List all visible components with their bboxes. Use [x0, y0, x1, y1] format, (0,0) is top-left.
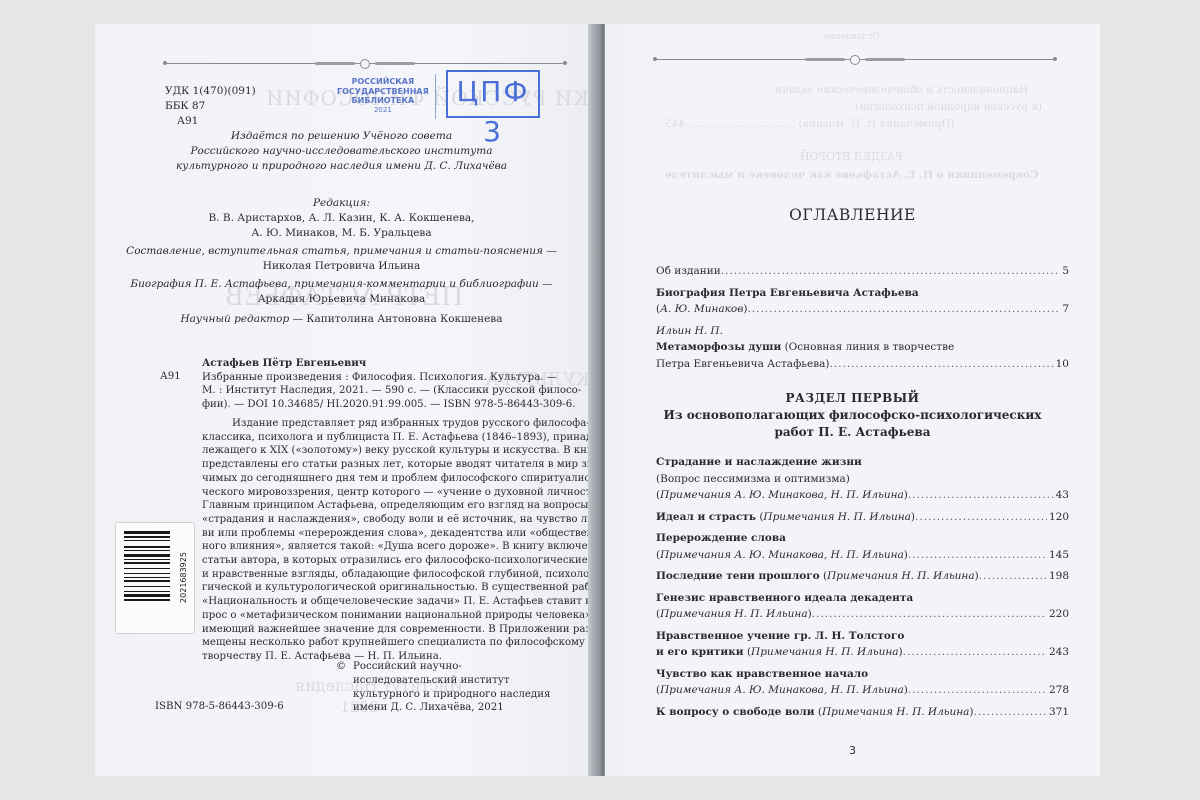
abstract-line: классика, психолога и публициста П. Е. А… — [202, 431, 572, 445]
toc-page-number: 5 — [1060, 263, 1069, 280]
contents-title: ОГЛАВЛЕНИЕ — [605, 206, 1100, 224]
toc-entry-title: Генезис нравственного идеала декадента — [656, 592, 913, 604]
copyright-symbol: © — [336, 660, 346, 674]
editorial-credits: Редакция: В. В. Аристархов, А. Л. Казин,… — [95, 196, 588, 327]
side-author-mark: А91 — [160, 371, 181, 382]
dot-leader — [747, 301, 1060, 318]
toc-section-1-entries: Страдание и наслаждение жизни(Вопрос пес… — [656, 454, 1069, 725]
toc-page-number: 7 — [1060, 301, 1069, 318]
toc-entry-title: (Примечания А. Ю. Минакова, Н. П. Ильина… — [656, 547, 908, 564]
toc-top-entries: Об издании5Биография Петра Евгеньевича А… — [656, 263, 1069, 377]
barcode-bars — [124, 531, 170, 623]
toc-entry-title: (Примечания А. Ю. Минакова, Н. П. Ильина… — [656, 487, 908, 504]
toc-page-number: 145 — [1047, 547, 1069, 564]
abstract-line: Издание представляет ряд избранных трудо… — [202, 417, 572, 431]
abstract-line: прос о «метафизическом понимании национа… — [202, 609, 572, 623]
toc-entry[interactable]: Идеал и страсть (Примечания Н. П. Ильина… — [656, 509, 1069, 526]
toc-entry[interactable]: Генезис нравственного идеала декадента(П… — [656, 590, 1069, 623]
dot-leader — [974, 704, 1047, 721]
toc-entry-title: Нравственное учение гр. Л. Н. Толстого — [656, 630, 904, 642]
abstract-line: ви или проблемы «перерождения слова», де… — [202, 527, 572, 541]
toc-page-number: 278 — [1047, 682, 1069, 699]
toc-page-number: 243 — [1047, 644, 1069, 661]
toc-entry-title: (Примечания Н. П. Ильина) — [656, 606, 812, 623]
biography-label: Биография П. Е. Астафьева, примечания-ко… — [95, 277, 588, 292]
udk-code: УДК 1(470)(091) — [165, 84, 256, 99]
toc-entry[interactable]: Перерождение слова(Примечания А. Ю. Мина… — [656, 530, 1069, 563]
bleed-through-running-head: Оглавление — [823, 32, 880, 42]
copyright-block: © Российский научно- исследовательский и… — [353, 660, 550, 715]
toc-entry-title: К вопросу о свободе воли (Примечания Н. … — [656, 704, 974, 721]
record-author: Астафьев Пётр Евгеньевич — [202, 357, 572, 371]
editorial-names-2: А. Ю. Минаков, М. Б. Уральцева — [95, 226, 588, 241]
toc-entry[interactable]: Последние тени прошлого (Примечания Н. П… — [656, 568, 1069, 585]
isbn: ISBN 978-5-86443-309-6 — [155, 701, 284, 712]
toc-entry-title: Метаморфозы души (Основная линия в творч… — [656, 341, 954, 353]
bleed-through-entry-2: (к русской народной психологии) — [855, 101, 1042, 113]
abstract-line: «Национальность и общечеловеческие задач… — [202, 595, 572, 609]
header-ornament — [165, 60, 565, 68]
toc-entry[interactable]: К вопросу о свободе воли (Примечания Н. … — [656, 704, 1069, 721]
biography-name: Аркадия Юрьевича Минакова — [95, 292, 588, 307]
toc-entry[interactable]: Ильин Н. П.Метаморфозы души (Основная ли… — [656, 323, 1069, 373]
classification-codes: УДК 1(470)(091) ББК 87 А91 — [165, 84, 256, 129]
abstract-line: и нравственные взгляды, обладающие филос… — [202, 568, 572, 582]
dot-leader — [908, 682, 1047, 699]
editorial-label: Редакция: — [95, 196, 588, 211]
right-page-contents: Оглавление Национальность и общечеловече… — [605, 24, 1100, 776]
toc-entry-title: Идеал и страсть (Примечания Н. П. Ильина… — [656, 509, 915, 526]
dot-leader — [721, 263, 1061, 280]
left-page-imprint: КЛАССИКИ РУССКОЙ ФИЛОСОФИИ ПЁТР АСТАФЬЕВ… — [95, 24, 588, 776]
abstract-line: мещены несколько работ крупнейшего специ… — [202, 636, 572, 650]
dot-leader — [915, 509, 1047, 526]
toc-entry-title: Ильин Н. П. — [656, 325, 723, 337]
toc-page-number: 220 — [1047, 606, 1069, 623]
toc-entry[interactable]: Страдание и наслаждение жизни(Вопрос пес… — [656, 454, 1069, 504]
section-1-subtitle-2: работ П. Е. Астафьева — [605, 424, 1100, 441]
stamp-divider — [435, 74, 436, 119]
toc-entry-title: Перерождение слова — [656, 532, 786, 544]
bibliographic-record: Астафьев Пётр Евгеньевич Избранные произ… — [202, 357, 572, 412]
compilation-label: Составление, вступительная статья, приме… — [95, 244, 588, 259]
page-number: 3 — [605, 744, 1100, 757]
abstract-text: Издание представляет ряд избранных трудо… — [202, 417, 572, 664]
dot-leader — [908, 547, 1047, 564]
abstract-line: чимых до сегодняшнего дня тем и проблем … — [202, 472, 572, 486]
book-spread: КЛАССИКИ РУССКОЙ ФИЛОСОФИИ ПЁТР АСТАФЬЕВ… — [95, 24, 1100, 776]
dot-leader — [903, 644, 1047, 661]
toc-entry-title: и его критики (Примечания Н. П. Ильина) — [656, 644, 903, 661]
toc-entry-title: Биография Петра Евгеньевича Астафьева — [656, 287, 919, 299]
toc-entry[interactable]: Нравственное учение гр. Л. Н. Толстогои … — [656, 628, 1069, 661]
header-ornament — [655, 56, 1055, 64]
section-1-heading: РАЗДЕЛ ПЕРВЫЙ Из основополагающих филосо… — [605, 390, 1100, 441]
toc-entry-title: Петра Евгеньевича Астафьева) — [656, 356, 830, 373]
toc-entry-title: (А. Ю. Минаков) — [656, 301, 747, 318]
toc-page-number: 198 — [1047, 568, 1069, 585]
toc-entry-title: Об издании — [656, 263, 721, 280]
dot-leader — [979, 568, 1047, 585]
book-gutter — [588, 24, 605, 776]
abstract-line: гической и культурологической оригинальн… — [202, 581, 572, 595]
toc-entry-title: (Вопрос пессимизма и оптимизма) — [656, 473, 850, 485]
bleed-through-section-2: РАЗДЕЛ ВТОРОЙ — [800, 150, 903, 163]
toc-page-number: 43 — [1054, 487, 1069, 504]
section-1-title: РАЗДЕЛ ПЕРВЫЙ — [605, 390, 1100, 407]
toc-entry-title: Чувство как нравственное начало — [656, 668, 868, 680]
abstract-line: «страдания и наслаждения», свободу воли … — [202, 513, 572, 527]
barcode-number: 2021683925 — [179, 552, 188, 603]
abstract-line: лежащего к XIX («золотому») веку русской… — [202, 444, 572, 458]
dot-leader — [908, 487, 1054, 504]
toc-page-number: 371 — [1047, 704, 1069, 721]
toc-entry[interactable]: Биография Петра Евгеньевича Астафьева(А.… — [656, 285, 1069, 318]
dot-leader — [812, 606, 1047, 623]
toc-entry-title: Страдание и наслаждение жизни — [656, 456, 862, 468]
library-stamp: РОССИЙСКАЯ ГОСУДАРСТВЕННАЯ БИБЛИОТЕКА 20… — [337, 77, 429, 115]
dot-leader — [830, 356, 1054, 373]
abstract-line: статьи автора, в которых отразились его … — [202, 554, 572, 568]
bleed-through-section-2-sub: Современники о П. Е. Астафьеве как челов… — [665, 169, 1038, 181]
toc-page-number: 10 — [1054, 356, 1069, 373]
publication-note: Издаётся по решению Учёного совета Росси… — [95, 129, 588, 174]
compilation-name: Николая Петровича Ильина — [95, 259, 588, 274]
scientific-editor: Научный редактор — Капитолина Антоновна … — [95, 312, 588, 327]
section-1-subtitle-1: Из основополагающих философско-психологи… — [605, 407, 1100, 424]
toc-entry-title: (Примечания А. Ю. Минакова, Н. П. Ильина… — [656, 682, 908, 699]
abstract-line: имеющий важнейшее значение для современн… — [202, 623, 572, 637]
abstract-line: ческого мировоззрения, центр которого — … — [202, 486, 572, 500]
abstract-line: Главным принципом Астафьева, определяющи… — [202, 499, 572, 513]
cpf-stamp: ЦПФ 3 — [446, 70, 540, 118]
abstract-line: ного влияния», является такой: «Душа все… — [202, 540, 572, 554]
editorial-names-1: В. В. Аристархов, А. Л. Казин, К. А. Кок… — [95, 211, 588, 226]
toc-entry-title: Последние тени прошлого (Примечания Н. П… — [656, 568, 979, 585]
toc-entry[interactable]: Чувство как нравственное начало(Примечан… — [656, 666, 1069, 699]
toc-entry[interactable]: Об издании5 — [656, 263, 1069, 280]
bleed-through-entry-3: (Примечания Н. П. Ильина) ..............… — [665, 118, 955, 130]
toc-page-number: 120 — [1047, 509, 1069, 526]
author-mark: А91 — [165, 114, 256, 129]
bleed-through-entry-1: Национальность и общечеловеческие задачи — [775, 84, 1028, 96]
abstract-line: представлены его статьи разных лет, кото… — [202, 458, 572, 472]
bbk-code: ББК 87 — [165, 99, 256, 114]
barcode-sticker: 2021683925 — [115, 522, 195, 634]
